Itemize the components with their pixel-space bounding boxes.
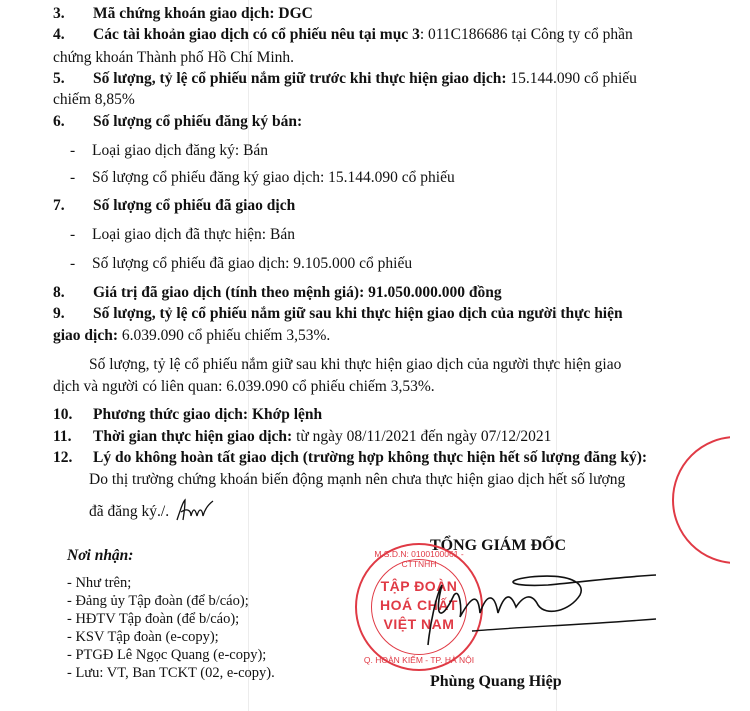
item-number: 5.	[53, 69, 93, 89]
item-9-related-para: dịch và người có liên quan: 6.039.090 cổ…	[53, 377, 435, 397]
item-number: 4.	[53, 25, 93, 45]
item-number: 12.	[53, 448, 93, 468]
item-number: 8.	[53, 283, 93, 303]
item-value: : 011C186686 tại Công ty cổ phần	[420, 26, 633, 43]
item-6-bullet: -Số lượng cổ phiếu đăng ký giao dịch: 15…	[70, 168, 455, 188]
bullet-text: Số lượng cổ phiếu đăng ký giao dịch: 15.…	[92, 169, 455, 186]
recipient-item: - Như trên;	[67, 574, 131, 592]
item-11: 11.Thời gian thực hiện giao dịch: từ ngà…	[53, 427, 551, 447]
item-label: Mã chứng khoán giao dịch: DGC	[93, 5, 313, 22]
initials-signature-icon	[175, 498, 215, 522]
item-number: 11.	[53, 427, 93, 447]
item-number: 10.	[53, 405, 93, 425]
recipient-item: - Lưu: VT, Ban TCKT (02, e-copy).	[67, 664, 275, 682]
item-value: từ ngày 08/11/2021 đến ngày 07/12/2021	[292, 428, 551, 445]
item-label: giao dịch:	[53, 327, 118, 344]
item-number: 3.	[53, 4, 93, 24]
partial-company-stamp	[672, 436, 750, 564]
item-7-bullet: -Số lượng cổ phiếu đã giao dịch: 9.105.0…	[70, 254, 412, 274]
item-value: 15.144.090 cổ phiếu	[506, 70, 636, 87]
item-5: 5.Số lượng, tỷ lệ cổ phiếu nắm giữ trước…	[53, 69, 637, 89]
item-12-reason-end: đã đăng ký./.	[89, 492, 213, 522]
item-label: Thời gian thực hiện giao dịch:	[93, 428, 292, 445]
item-7: 7.Số lượng cổ phiếu đã giao dịch	[53, 196, 295, 216]
item-label: Giá trị đã giao dịch (tính theo mệnh giá…	[93, 284, 502, 301]
recipient-item: - KSV Tập đoàn (e-copy);	[67, 628, 219, 646]
item-label: Số lượng cổ phiếu đăng ký bán:	[93, 113, 302, 130]
signature-icon	[420, 555, 660, 655]
bullet-text: Loại giao dịch đăng ký: Bán	[92, 142, 268, 159]
item-9-continuation: giao dịch: 6.039.090 cổ phiếu chiếm 3,53…	[53, 326, 330, 346]
item-number: 7.	[53, 196, 93, 216]
document-page: 3.Mã chứng khoán giao dịch: DGC 4.Các tà…	[0, 0, 750, 711]
item-4: 4.Các tài khoản giao dịch có cổ phiếu nê…	[53, 25, 633, 45]
item-label: Số lượng, tỷ lệ cổ phiếu nắm giữ trước k…	[93, 70, 506, 87]
item-6: 6.Số lượng cổ phiếu đăng ký bán:	[53, 112, 302, 132]
item-value: 6.039.090 cổ phiếu chiếm 3,53%.	[118, 327, 330, 344]
reason-end-text: đã đăng ký./.	[89, 503, 169, 520]
item-label: Phương thức giao dịch: Khớp lệnh	[93, 406, 322, 423]
item-label: Số lượng, tỷ lệ cổ phiếu nắm giữ sau khi…	[93, 305, 623, 322]
signer-name: Phùng Quang Hiệp	[430, 672, 562, 692]
recipient-item: - PTGĐ Lê Ngọc Quang (e-copy);	[67, 646, 266, 664]
item-label: Số lượng cổ phiếu đã giao dịch	[93, 197, 295, 214]
item-12-reason: Do thị trường chứng khoán biến động mạnh…	[89, 470, 625, 490]
item-5-continuation: chiếm 8,85%	[53, 90, 135, 110]
bullet-text: Số lượng cổ phiếu đã giao dịch: 9.105.00…	[92, 255, 412, 272]
item-label: Các tài khoản giao dịch có cổ phiếu nêu …	[93, 26, 420, 43]
item-number: 6.	[53, 112, 93, 132]
item-7-bullet: -Loại giao dịch đã thực hiện: Bán	[70, 225, 295, 245]
item-6-bullet: -Loại giao dịch đăng ký: Bán	[70, 141, 268, 161]
item-4-continuation: chứng khoán Thành phố Hồ Chí Minh.	[53, 48, 294, 68]
recipient-item: - HĐTV Tập đoàn (để b/cáo);	[67, 610, 239, 628]
stamp-ring-bottom-text: Q. HOÀN KIẾM - TP. HÀ NỘI	[357, 655, 481, 665]
item-8: 8.Giá trị đã giao dịch (tính theo mệnh g…	[53, 283, 502, 303]
item-12: 12.Lý do không hoàn tất giao dịch (trườn…	[53, 448, 647, 468]
item-9-related-para: Số lượng, tỷ lệ cổ phiếu nắm giữ sau khi…	[89, 355, 621, 375]
bullet-text: Loại giao dịch đã thực hiện: Bán	[92, 226, 295, 243]
item-label: Lý do không hoàn tất giao dịch (trường h…	[93, 449, 647, 466]
item-3: 3.Mã chứng khoán giao dịch: DGC	[53, 4, 313, 24]
recipients-title: Nơi nhận:	[67, 546, 133, 566]
item-number: 9.	[53, 304, 93, 324]
recipient-item: - Đảng ủy Tập đoàn (để b/cáo);	[67, 592, 249, 610]
item-9: 9.Số lượng, tỷ lệ cổ phiếu nắm giữ sau k…	[53, 304, 623, 324]
item-10: 10.Phương thức giao dịch: Khớp lệnh	[53, 405, 322, 425]
